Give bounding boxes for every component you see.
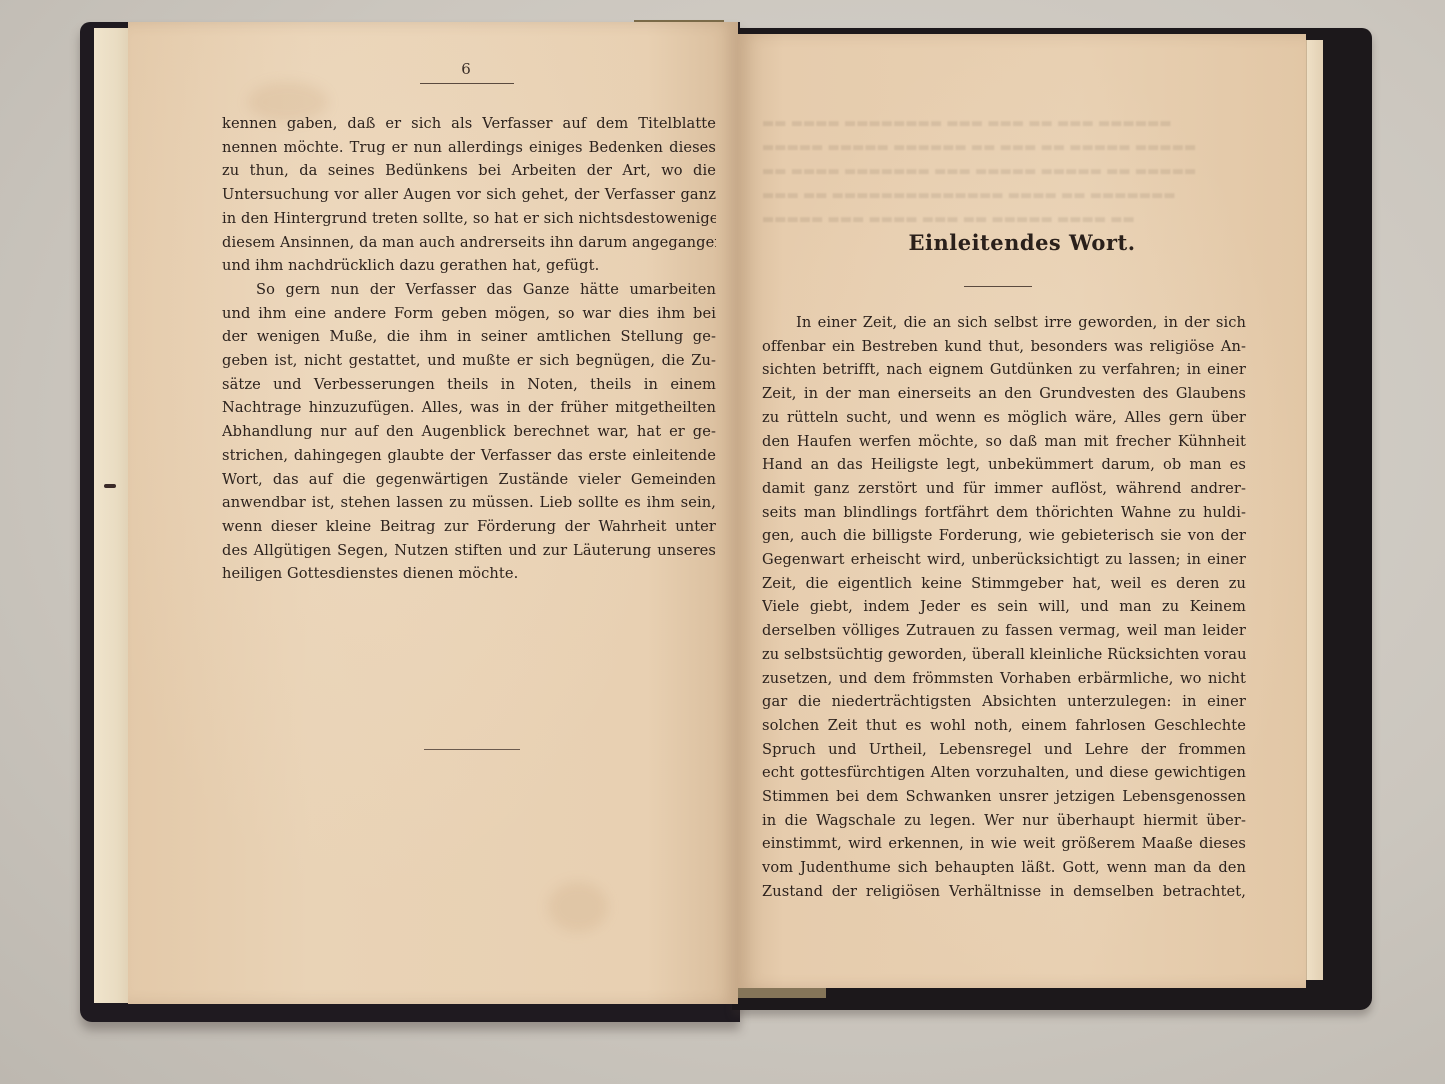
bookmark-tab <box>104 484 116 488</box>
text-line: Hand an das Heiligste legt, unbekümmert … <box>762 453 1246 477</box>
text-line: anwendbar ist, stehen lassen zu müssen. … <box>222 491 716 515</box>
text-line: wenn dieser kleine Beitrag zur Förderung… <box>222 515 716 539</box>
text-line: den Haufen werfen möchte, so daß man mit… <box>762 430 1246 454</box>
text-line: sätze und Verbesserungen theils in Noten… <box>222 373 716 397</box>
paragraph: So gern nun der Verfasser das Ganze hätt… <box>222 278 716 586</box>
bleed-through-text: ▬▬ ▬▬▬▬ ▬▬▬▬▬▬▬▬ ▬▬▬ ▬▬▬ ▬▬ ▬▬▬ ▬▬▬▬▬▬ ▬… <box>762 112 1232 232</box>
text-line: nennen möchte. Trug er nun allerdings ei… <box>222 136 716 160</box>
text-line: zusetzen, und dem frömmsten Vorhaben erb… <box>762 667 1246 691</box>
body-text: kennen gaben, daß er sich als Verfasser … <box>222 112 716 586</box>
text-line: Stimmen bei dem Schwanken unsrer jetzige… <box>762 785 1246 809</box>
text-line: in die Wagschale zu legen. Wer nur überh… <box>762 809 1246 833</box>
left-page: 6 kennen gaben, daß er sich als Verfasse… <box>128 22 738 1004</box>
text-line: Zeit, in der man einerseits an den Grund… <box>762 382 1246 406</box>
chapter-title: Einleitendes Wort. <box>738 230 1306 255</box>
body-text: In einer Zeit, die an sich selbst irre g… <box>762 311 1246 904</box>
text-line: Gegenwart erheischt wird, unberücksichti… <box>762 548 1246 572</box>
text-line: Nachtrage hinzuzufügen. Alles, was in de… <box>222 396 716 420</box>
text-line: des Allgütigen Segen, Nutzen stiften und… <box>222 539 716 563</box>
text-line: zu rütteln sucht, und wenn es möglich wä… <box>762 406 1246 430</box>
text-line: in den Hintergrund treten sollte, so hat… <box>222 207 716 231</box>
text-line: und ihm nachdrücklich dazu gerathen hat,… <box>222 254 716 278</box>
text-line: solchen Zeit thut es wohl noth, einem fa… <box>762 714 1246 738</box>
text-line: damit ganz zerstört und für immer auflös… <box>762 477 1246 501</box>
text-line: geben ist, nicht gestattet, und mußte er… <box>222 349 716 373</box>
text-line: heiligen Gottesdienstes dienen möchte. <box>222 562 716 586</box>
header-rule <box>420 83 514 84</box>
text-line: Wort, das auf die gegenwärtigen Zustände… <box>222 468 716 492</box>
text-line: In einer Zeit, die an sich selbst irre g… <box>762 311 1246 335</box>
paragraph: kennen gaben, daß er sich als Verfasser … <box>222 112 716 278</box>
text-line: gar die niederträchtigsten Absichten unt… <box>762 690 1246 714</box>
paragraph: In einer Zeit, die an sich selbst irre g… <box>762 311 1246 904</box>
text-line: echt gottesfürchtigen Alten vorzuhalten,… <box>762 761 1246 785</box>
text-line: vom Judenthume sich behaupten läßt. Gott… <box>762 856 1246 880</box>
text-line: zu selbstsüchtig geworden, überall klein… <box>762 643 1246 667</box>
text-line: und ihm eine andere Form geben mögen, so… <box>222 302 716 326</box>
page-number: 6 <box>336 60 596 78</box>
text-line: Untersuchung vor aller Augen vor sich ge… <box>222 183 716 207</box>
text-line: der wenigen Muße, die ihm in seiner amtl… <box>222 325 716 349</box>
text-line: Viele giebt, indem Jeder es sein will, u… <box>762 595 1246 619</box>
text-line: einstimmt, wird erkennen, in wie weit gr… <box>762 832 1246 856</box>
text-line: seits man blindlings fortfährt dem thöri… <box>762 501 1246 525</box>
text-line: Abhandlung nur auf den Augenblick berech… <box>222 420 716 444</box>
text-line: derselben völliges Zutrauen zu fassen ve… <box>762 619 1246 643</box>
text-line: strichen, dahingegen glaubte der Verfass… <box>222 444 716 468</box>
text-line: Zustand der religiösen Verhältnisse in d… <box>762 880 1246 904</box>
paper-stain <box>548 882 608 932</box>
text-line: sichten betrifft, nach eignem Gutdünken … <box>762 358 1246 382</box>
title-rule <box>964 286 1032 287</box>
right-page: ▬▬ ▬▬▬▬ ▬▬▬▬▬▬▬▬ ▬▬▬ ▬▬▬ ▬▬ ▬▬▬ ▬▬▬▬▬▬ ▬… <box>738 34 1306 988</box>
text-line: Spruch und Urtheil, Lebensregel und Lehr… <box>762 738 1246 762</box>
text-line: diesem Ansinnen, da man auch andrerseits… <box>222 231 716 255</box>
text-line: kennen gaben, daß er sich als Verfasser … <box>222 112 716 136</box>
text-line: Zeit, die eigentlich keine Stimmgeber ha… <box>762 572 1246 596</box>
end-rule <box>424 749 520 750</box>
text-line: offenbar ein Bestreben kund thut, besond… <box>762 335 1246 359</box>
page-edges <box>1306 40 1323 980</box>
text-line: gen, auch die billigste Forderung, wie g… <box>762 524 1246 548</box>
text-line: So gern nun der Verfasser das Ganze hätt… <box>222 278 716 302</box>
text-line: zu thun, da seines Bedünkens bei Arbeite… <box>222 159 716 183</box>
